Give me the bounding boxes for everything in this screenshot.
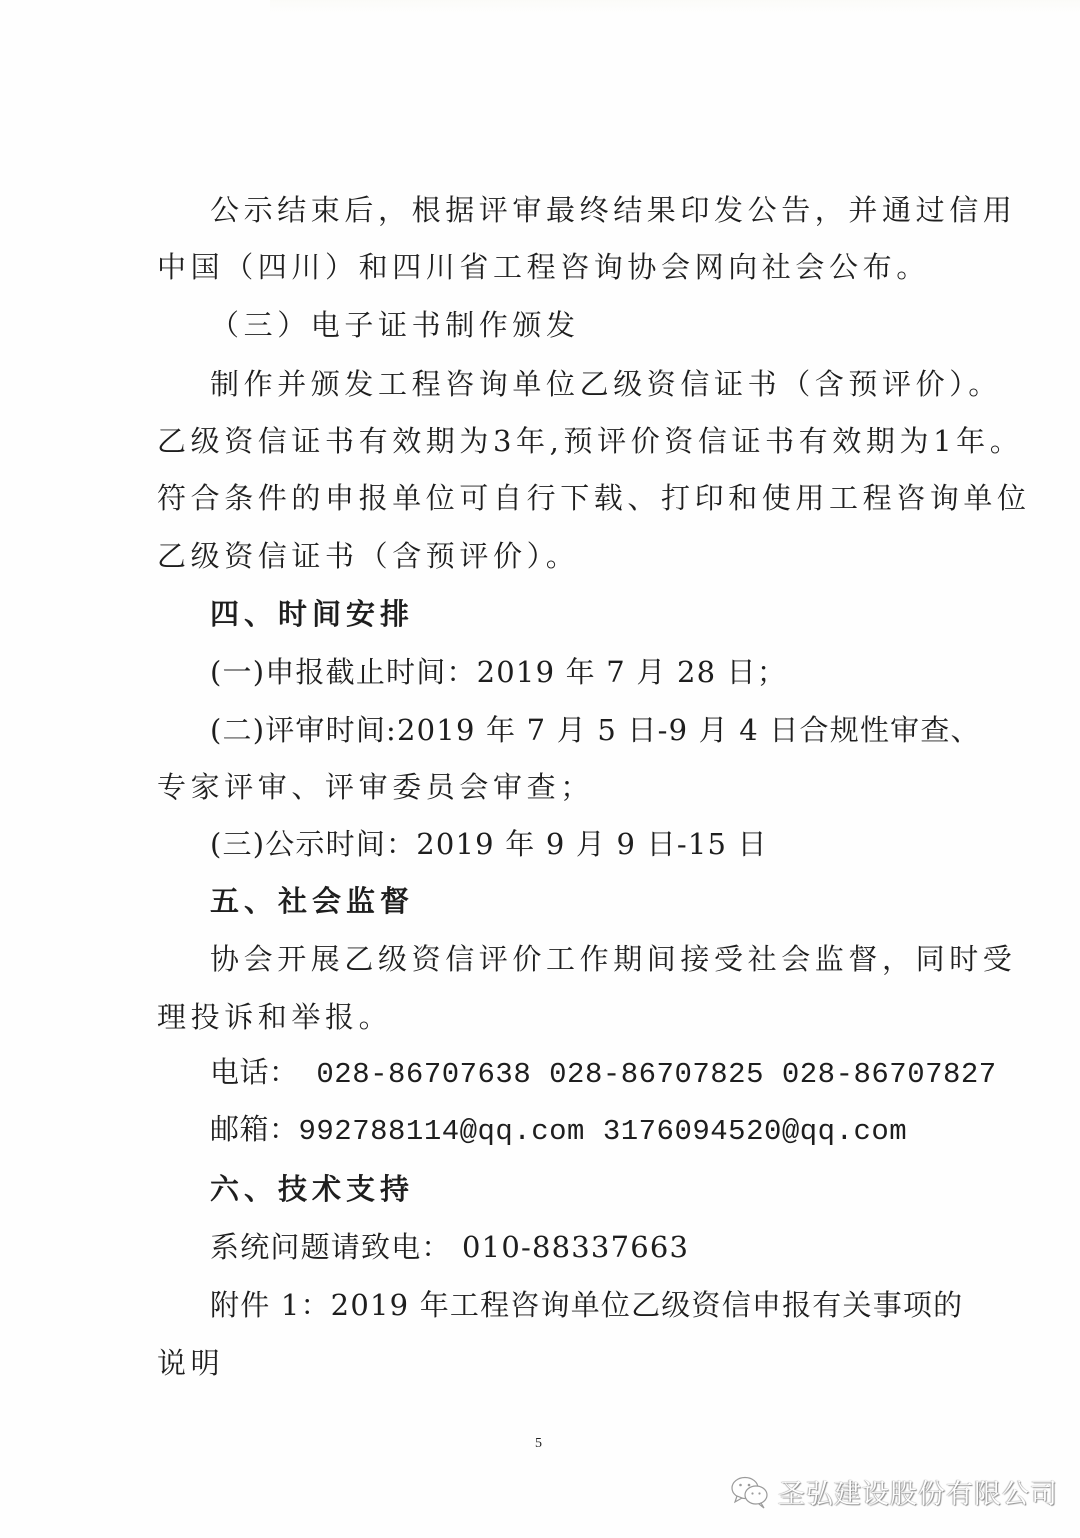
section-heading-support: 六、技术支持	[210, 1169, 990, 1209]
contact-phones: 电话： 028-86707638 028-86707825 028-867078…	[210, 1055, 990, 1095]
section-heading-supervision: 五、社会监督	[210, 881, 990, 921]
schedule-item-deadline: (一)申报截止时间：2019 年 7 月 28 日；	[210, 652, 990, 692]
contact-emails: 邮箱：992788114@qq.com 3176094520@qq.com	[210, 1112, 990, 1152]
text-line: 协会开展乙级资信评价工作期间接受社会监督，同时受	[210, 939, 990, 979]
text-line: 制作并颁发工程咨询单位乙级资信证书（含预评价）。	[210, 364, 990, 404]
text-line: 乙级资信证书有效期为3年,预评价资信证书有效期为1年。	[157, 421, 937, 461]
schedule-item-publicity: (三)公示时间：2019 年 9 月 9 日-15 日	[210, 824, 990, 864]
watermark-text: 圣弘建设股份有限公司	[778, 1472, 1058, 1511]
text-line: 乙级资信证书（含预评价）。	[157, 536, 937, 576]
text-line: 符合条件的申报单位可自行下载、打印和使用工程咨询单位	[157, 478, 937, 518]
text-line: 专家评审、评审委员会审查；	[157, 767, 937, 807]
page-number: 5	[535, 1436, 542, 1452]
document-page: 公示结束后，根据评审最终结果印发公告，并通过信用 中国（四川）和四川省工程咨询协…	[0, 0, 1080, 1538]
wechat-icon	[730, 1475, 770, 1509]
section-heading-schedule: 四、时间安排	[210, 594, 990, 634]
text-line: 公示结束后，根据评审最终结果印发公告，并通过信用	[210, 190, 990, 230]
subsection-heading: （三）电子证书制作颁发	[210, 305, 990, 345]
support-phone: 系统问题请致电： 010-88337663	[210, 1227, 990, 1267]
text-line: 理投诉和举报。	[157, 997, 937, 1037]
schedule-item-review: (二)评审时间:2019 年 7 月 5 日-9 月 4 日合规性审查、	[210, 710, 990, 750]
text-line: 中国（四川）和四川省工程咨询协会网向社会公布。	[157, 247, 937, 287]
attachment-line: 附件 1：2019 年工程咨询单位乙级资信申报有关事项的	[210, 1285, 990, 1325]
wechat-watermark: 圣弘建设股份有限公司	[730, 1472, 1058, 1511]
scan-edge-shade	[270, 0, 1080, 14]
text-line: 说明	[157, 1343, 937, 1383]
